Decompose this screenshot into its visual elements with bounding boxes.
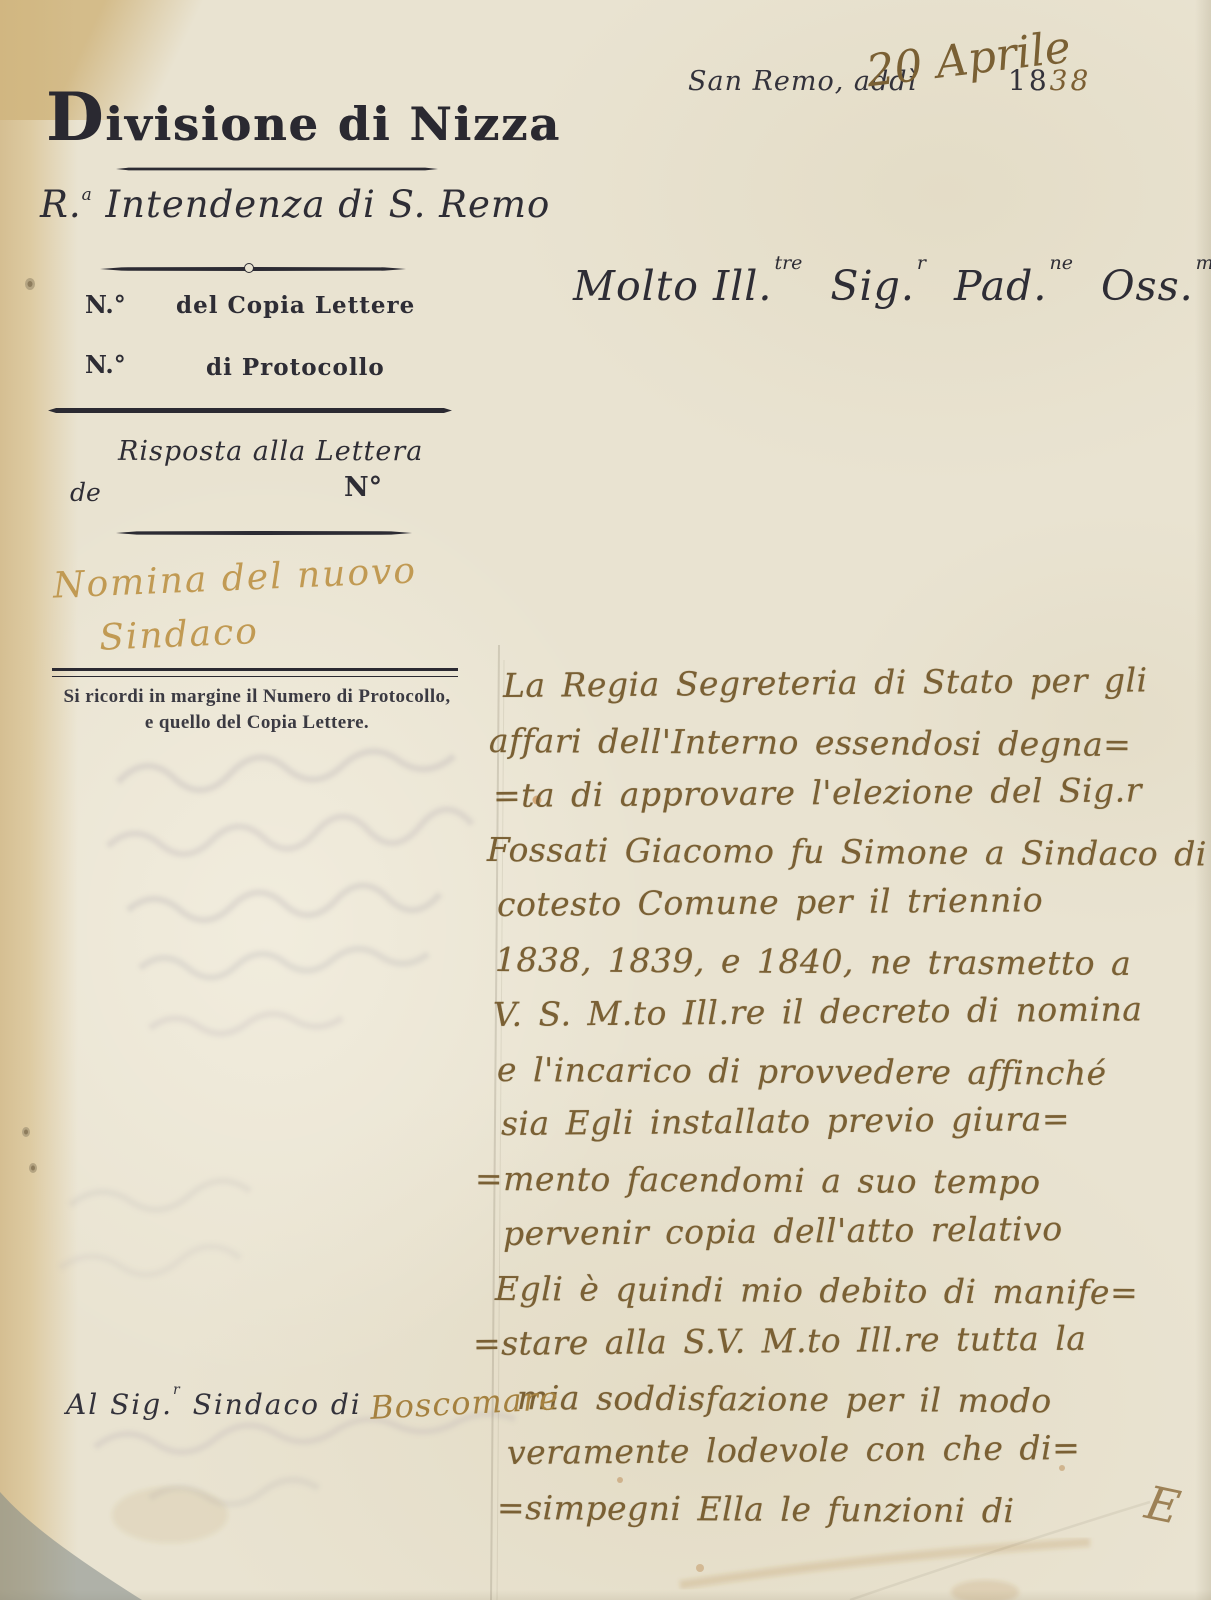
copia-lettere-number-label: N.° [85,290,126,319]
body-line: cotesto Comune per il triennio [497,872,1207,933]
dateline-year-printed: 18 [1008,64,1050,97]
footer-post: Sindaco di [182,1388,362,1421]
scanned-letter-page: San Remo, addì 20 Aprile 1838 Divisione … [0,0,1211,1600]
body-line: V. S. M.to Ill.re il decreto di nomina [493,982,1207,1043]
salutation-superscript: tre [774,252,802,274]
reminder-line: e quello del Copia Lettere. [52,710,462,736]
body-line: =simpegni Ella le funzioni di [497,1481,1207,1540]
footer-pre: Al Sig. [66,1388,173,1421]
protocollo-label: di Protocollo [206,354,385,381]
thick-rule [48,408,452,413]
divider-center-dot [244,263,254,273]
intendenza-sup: a [82,185,93,205]
salutation-part: Molto Ill.tre [573,262,800,310]
body-line: sia Egli installato previo giura= [501,1091,1207,1152]
subject-handwritten: Nomina del nuovoSindaco [52,544,420,667]
double-rule [52,668,458,677]
footer-sup: r [173,1382,182,1398]
dateline-year-handwritten: 38 [1050,64,1092,97]
dateline-year: 1838 [1008,64,1091,97]
reminder-note: Si ricordi in margine il Numero di Proto… [52,684,462,736]
letterhead-intendenza: R.a Intendenza di S. Remo [40,183,470,226]
salutation: Molto Ill.treSig.rPad.neOss.mo [573,262,1211,310]
salutation-base: Sig. [830,262,914,310]
body-line: La Regia Segreteria di Stato per gli [503,653,1207,714]
de-label: de [70,478,101,507]
salutation-base: Pad. [954,262,1047,310]
paper-bottom-edge-shade [0,1590,1211,1600]
footer-addressee-handwritten: Boscomare [369,1379,560,1427]
body-line: pervenir copia dell'atto relativo [503,1201,1207,1262]
letterhead-division-title: Divisione di Nizza [46,74,466,167]
footer-address: Al Sig.r Sindaco diBoscomare [66,1384,559,1422]
risposta-label: Risposta alla Lettera [118,436,368,467]
salutation-superscript: mo [1196,252,1211,274]
reminder-line: Si ricordi in margine il Numero di Proto… [52,684,462,710]
body-line: =ta di approvare l'elezione del Sig.r [493,762,1207,823]
body-line: =stare alla S.V. M.to Ill.re tutta la [473,1310,1207,1371]
paper-left-edge-shade [0,0,78,1600]
divider-spindle-middle [116,530,412,536]
salutation-part: Sig.r [830,262,924,310]
salutation-part: Pad.ne [954,262,1071,310]
letter-body: La Regia Segreteria di Stato per gliaffa… [487,659,1207,1536]
numero-label: N° [344,472,382,503]
body-line: veramente lodevole con che di= [507,1420,1207,1481]
salutation-base: Oss. [1101,262,1194,310]
salutation-part: Oss.mo [1101,262,1211,310]
salutation-superscript: r [917,252,926,274]
intendenza-pre: R. [40,183,82,226]
letterhead-rule [116,167,438,171]
intendenza-post: Intendenza di S. Remo [93,183,550,226]
divider-spindle-top [100,266,406,272]
protocollo-number-label: N.° [85,350,126,379]
copia-lettere-label: del Copia Lettere [176,292,415,319]
salutation-superscript: ne [1049,252,1072,274]
salutation-base: Molto Ill. [573,262,772,310]
